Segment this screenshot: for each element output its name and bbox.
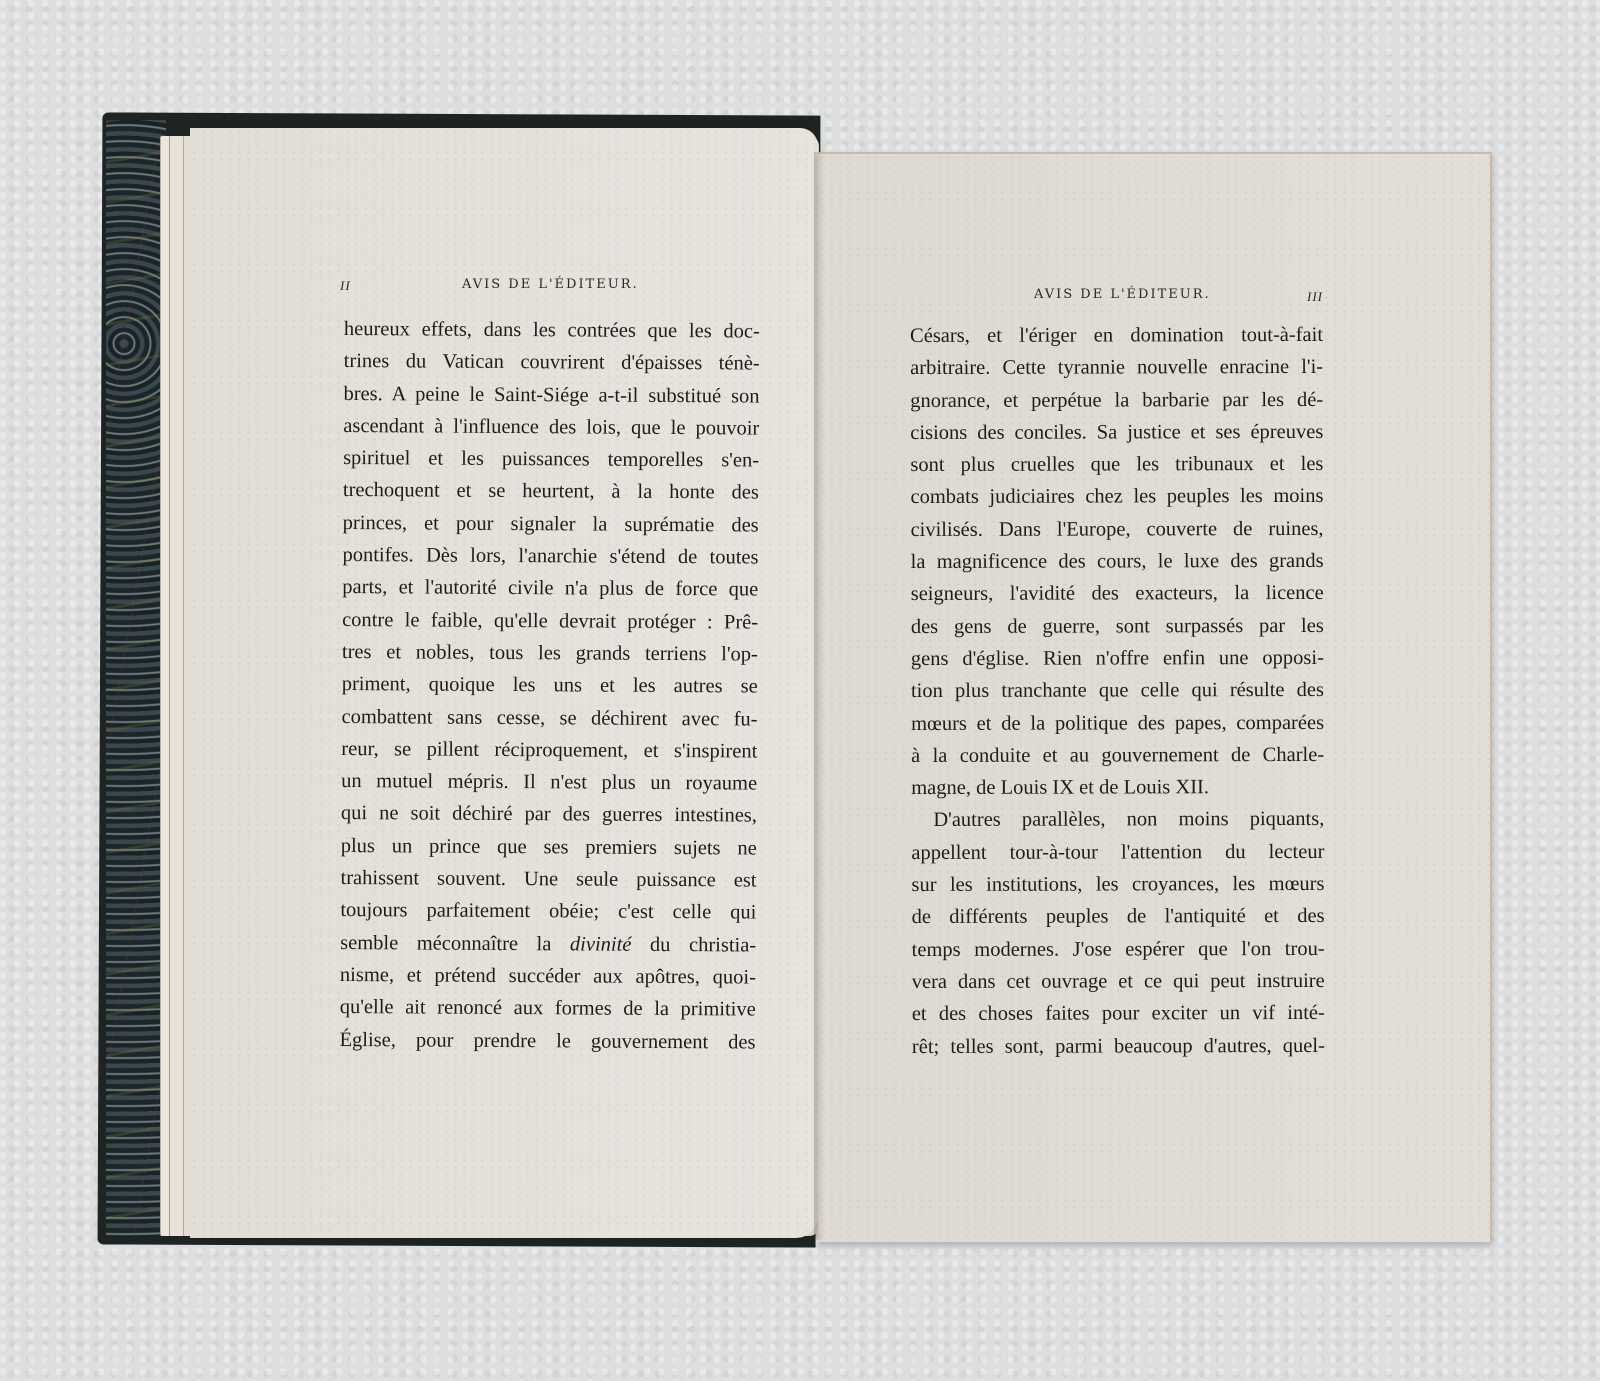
text-line: combats judiciaires chez les peuples les… bbox=[910, 480, 1323, 513]
marbled-endpaper bbox=[106, 120, 166, 1238]
text-line: sont plus cruelles que les tribunaux et … bbox=[910, 448, 1323, 481]
text-line: de différents peuples de l'antiquité et … bbox=[912, 900, 1325, 933]
text-line: tion plus tranchante que celle qui résul… bbox=[911, 674, 1324, 707]
text-line: gens d'église. Rien n'offre enfin une op… bbox=[911, 642, 1324, 675]
book-gutter bbox=[814, 152, 824, 1240]
italic-word: divinité bbox=[570, 933, 632, 955]
right-folio: III bbox=[1307, 289, 1323, 305]
text-line: temps modernes. J'ose espérer que l'on t… bbox=[912, 933, 1325, 966]
text-line: magne, de Louis IX et de Louis XII. bbox=[911, 771, 1324, 804]
text-line: qui ne soit déchiré par des guerres inte… bbox=[341, 797, 757, 832]
text-line: un mutuel mépris. Il n'est plus un royau… bbox=[341, 765, 757, 800]
text-line: spirituel et les puissances temporelles … bbox=[343, 442, 759, 477]
text-line: rêt; telles sont, parmi beaucoup d'autre… bbox=[912, 1029, 1325, 1062]
text-line: priment, quoique les uns et les autres s… bbox=[342, 668, 758, 703]
text-line: à la conduite et au gouvernement de Char… bbox=[911, 739, 1324, 772]
left-page-text: heureux effets, dans les contrées que le… bbox=[339, 313, 760, 1058]
left-running-head: AVIS DE L'ÉDITEUR. bbox=[462, 277, 639, 292]
text-line: trechoquent et se heurtent, à la honte d… bbox=[343, 474, 759, 509]
text-line: nisme, et prétend succéder aux apôtres, … bbox=[340, 959, 756, 994]
text-line: heureux effets, dans les contrées que le… bbox=[344, 313, 760, 348]
text-line: vera dans cet ouvrage et ce qui peut ins… bbox=[912, 965, 1325, 998]
text-line: combattent sans cesse, se déchirent avec… bbox=[341, 701, 757, 736]
text-line: des gens de guerre, sont surpassés par l… bbox=[911, 610, 1324, 643]
text-line: trines du Vatican couvrirent d'épaisses … bbox=[344, 345, 760, 380]
text-line: princes, et pour signaler la suprématie … bbox=[343, 507, 759, 542]
text-line: qu'elle ait renoncé aux formes de la pri… bbox=[340, 991, 756, 1026]
text-line: appellent tour-à-tour l'attention du lec… bbox=[911, 836, 1324, 869]
text-line: contre le faible, qu'elle devrait protég… bbox=[342, 604, 758, 639]
text-line-with-italic: semble méconnaître la divinité du christ… bbox=[340, 927, 756, 962]
right-running-head: AVIS DE L'ÉDITEUR. bbox=[1034, 287, 1211, 302]
text-line: parts, et l'autorité civile n'a plus de … bbox=[342, 571, 758, 606]
text-line: mœurs et de la politique des papes, comp… bbox=[911, 706, 1324, 739]
text-line: arbitraire. Cette tyrannie nouvelle enra… bbox=[910, 351, 1323, 384]
right-page-text: Césars, et l'ériger en domination tout-à… bbox=[910, 319, 1325, 1063]
text-line: sur les institutions, les croyances, les… bbox=[911, 868, 1324, 901]
text-line: et des choses faites pour exciter un vif… bbox=[912, 997, 1325, 1030]
text-line: Césars, et l'ériger en domination tout-à… bbox=[910, 319, 1323, 352]
text-line: civilisés. Dans l'Europe, couverte de ru… bbox=[911, 513, 1324, 546]
text-line: la magnificence des cours, le luxe des g… bbox=[911, 545, 1324, 578]
text-line: gnorance, et perpétue la barbarie par le… bbox=[910, 384, 1323, 417]
left-folio: II bbox=[340, 278, 351, 294]
text-line: bres. A peine le Saint-Siége a-t-il subs… bbox=[343, 378, 759, 413]
text-line: tres et nobles, tous les grands terriens… bbox=[342, 636, 758, 671]
text-line: plus un prince que ses premiers sujets n… bbox=[341, 830, 757, 865]
text-line: Église, pour prendre le gouvernement des bbox=[339, 1024, 755, 1059]
text-line: seigneurs, l'avidité des exacteurs, la l… bbox=[911, 577, 1324, 610]
text-line: pontifes. Dès lors, l'anarchie s'étend d… bbox=[342, 539, 758, 574]
text-line: trahissent souvent. Une seule puissance … bbox=[340, 862, 756, 897]
text-line: reur, se pillent réciproquement, et s'in… bbox=[341, 733, 757, 768]
text-line: toujours parfaitement obéie; c'est celle… bbox=[340, 894, 756, 929]
text-line: cisions des conciles. Sa justice et ses … bbox=[910, 416, 1323, 449]
text-line: D'autres parallèles, non moins piquants, bbox=[911, 803, 1324, 836]
text-line: ascendant à l'influence des lois, que le… bbox=[343, 410, 759, 445]
